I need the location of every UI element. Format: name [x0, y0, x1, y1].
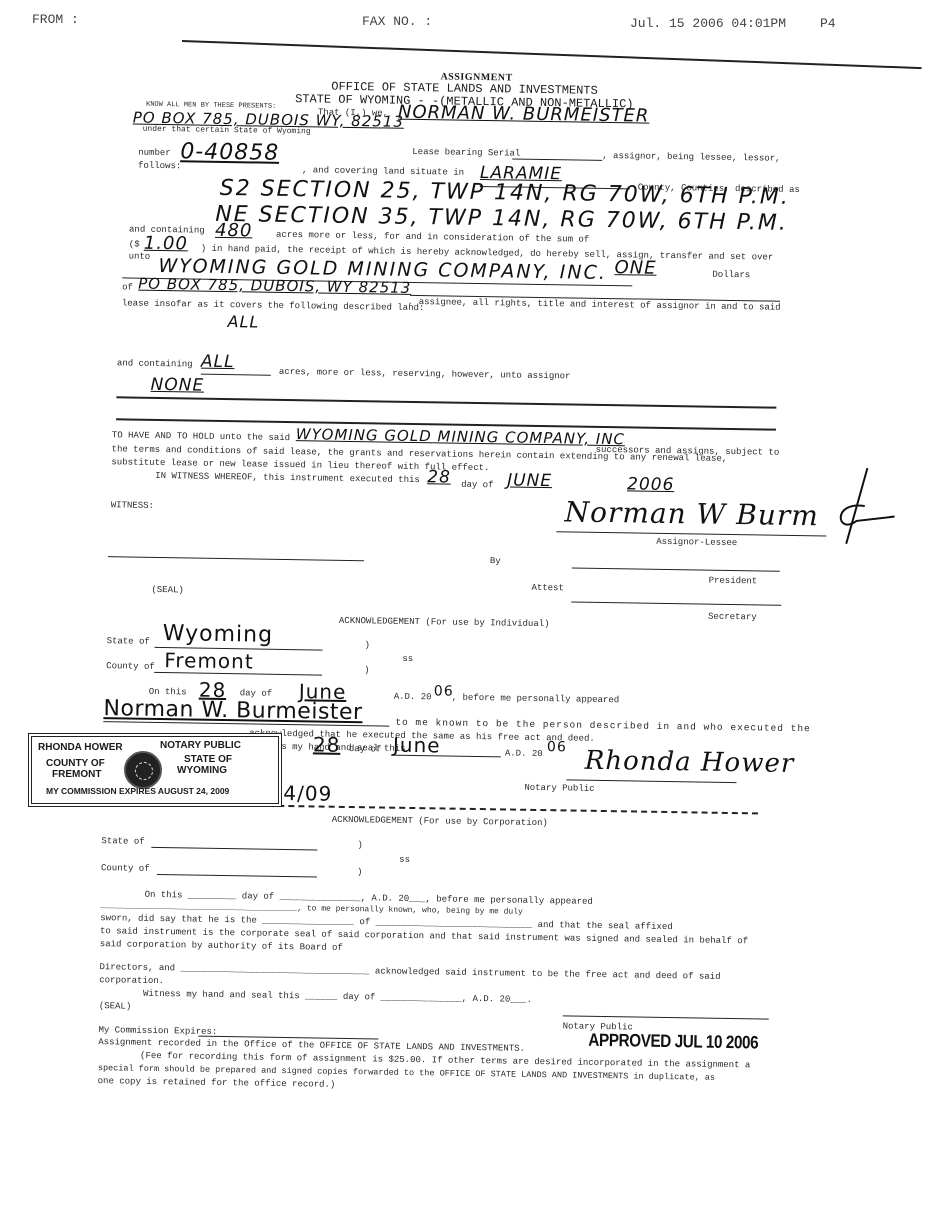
paren-2: ) — [364, 665, 370, 675]
document-page: ASSIGNMENT OFFICE OF STATE LANDS AND INV… — [0, 0, 935, 1208]
ack-ad-label: A.D. 20 — [394, 692, 432, 703]
secretary-signature-line — [571, 601, 781, 605]
unto-label: unto — [129, 251, 151, 261]
ack-county-label: County of — [106, 661, 155, 672]
serial-blank-line — [512, 158, 602, 160]
ack-state-value: Wyoming — [163, 621, 274, 648]
executed-month: JUNE — [507, 470, 552, 491]
ack-witness-ad: A.D. 20 — [505, 748, 543, 759]
approved-stamp: APPROVED JUL 10 2006 — [588, 1030, 758, 1054]
ack-witness-year: 06 — [547, 739, 567, 755]
state-seal-icon — [124, 751, 162, 789]
ack-corp-heading: ACKNOWLEDGEMENT (For use by Corporation) — [332, 815, 548, 828]
ack-divider-line — [248, 804, 758, 814]
assignor-signature-line — [556, 531, 826, 536]
ack-witness-day: 28 — [313, 732, 341, 756]
assignee-address: PO BOX 785, DUBOIS, WY 82513 — [138, 275, 411, 297]
assignor-lessee-label: Assignor-Lessee — [656, 537, 737, 548]
acres-value: 480 — [215, 220, 253, 242]
secretary-label: Secretary — [708, 612, 757, 623]
under-that-text: under that certain State of Wyoming — [143, 125, 311, 137]
ack-state-label: State of — [107, 636, 150, 647]
lease-bearing-text: Lease bearing Serial — [412, 147, 520, 159]
and-containing-label-2: and containing — [117, 358, 193, 369]
president-signature-line — [572, 567, 780, 571]
corp-board-line: said corporation by authority of its Boa… — [100, 939, 343, 953]
stamp-commission-expires: MY COMMISSION EXPIRES AUGUST 24, 2009 — [46, 786, 229, 796]
reserved-value: NONE — [150, 375, 204, 396]
ack-day-of: day of — [240, 688, 273, 699]
stamp-state-line-1: STATE OF — [184, 754, 232, 765]
corp-witness-line: Witness my hand and seal this ______ day… — [143, 989, 532, 1005]
stamp-state-line-2: WYOMING — [177, 765, 227, 776]
serial-number: 0-40858 — [180, 139, 279, 166]
lease-insofar-text: lease insofar as it covers the following… — [122, 298, 425, 313]
corp-state-line[interactable] — [151, 847, 317, 851]
notary-signature-line — [566, 779, 736, 783]
ack-ss: ss — [402, 654, 413, 664]
paren-3: ) — [357, 840, 363, 850]
paren-1: ) — [364, 640, 370, 650]
ack-county-value: Fremont — [164, 648, 254, 673]
stamp-county-line-1: COUNTY OF — [46, 758, 105, 769]
ack-witness-month: June — [393, 733, 441, 758]
notary-signature: Rhonda Hower — [585, 746, 795, 779]
dollars-label: Dollars — [712, 270, 750, 281]
assignor-signature: Norman W Burm — [564, 495, 819, 532]
ack-before-me: , before me personally appeared — [452, 693, 620, 706]
assignor-name: NORMAN W. BURMEISTER — [398, 102, 650, 127]
ack-county-line — [154, 672, 322, 676]
number-label: number — [138, 148, 171, 159]
executed-year: 2006 — [627, 474, 675, 495]
acres-suffix-text: acres more or less, for and in considera… — [276, 230, 589, 245]
acres-2-line — [201, 374, 271, 376]
of-label: of — [122, 282, 133, 292]
by-label: By — [490, 556, 501, 566]
habendum-name: WYOMING GOLD MINING COMPANY, INC — [296, 425, 625, 448]
president-label: President — [709, 576, 758, 587]
assignor-being-text: , assignor, being lessee, lessor, — [602, 151, 780, 164]
executed-day: 28 — [427, 467, 451, 487]
corp-directors-line: Directors, and _________________________… — [99, 962, 720, 982]
corp-county-label: County of — [101, 863, 150, 874]
follows-label: follows: — [138, 161, 181, 172]
corp-ss: ss — [399, 855, 410, 865]
fee-line-3: one copy is retained for the office reco… — [98, 1076, 336, 1090]
witness-whereof-text: IN WITNESS WHEREOF, this instrument exec… — [155, 471, 420, 485]
notary-stamp: RHONDA HOWER NOTARY PUBLIC COUNTY OF FRE… — [28, 733, 282, 807]
stamp-notary-title: NOTARY PUBLIC — [160, 740, 241, 751]
witness-signature-line — [108, 556, 364, 561]
reserving-clause-text: acres, more or less, reserving, however,… — [279, 367, 571, 382]
amount-value: 1.00 — [144, 233, 188, 255]
habendum-prefix: TO HAVE AND TO HOLD unto the said — [112, 430, 290, 443]
covering-land-text: , and covering land situate in — [302, 165, 464, 178]
signature-flourish-icon — [826, 465, 897, 546]
acres-value-2: ALL — [201, 352, 235, 373]
corp-corporation-line: corporation. — [99, 975, 164, 986]
paren-4: ) — [357, 867, 363, 877]
executed-day-of: day of — [461, 480, 494, 491]
ack-witness-day-of: day of — [349, 744, 382, 755]
attest-label: Attest — [531, 583, 564, 594]
stamp-notary-name: RHONDA HOWER — [38, 742, 123, 753]
ack-individual-heading: ACKNOWLEDGEMENT (For use by Individual) — [339, 616, 550, 629]
corp-state-label: State of — [101, 836, 144, 847]
seal-label: (SEAL) — [151, 585, 184, 596]
stamp-county-line-2: FREMONT — [52, 769, 101, 780]
notary-public-label: Notary Public — [524, 783, 594, 794]
reserve-line-1 — [116, 396, 776, 408]
ack-on-this: On this — [149, 687, 187, 698]
corp-seal-label: (SEAL) — [99, 1001, 132, 1012]
corp-notary-signature-line[interactable] — [563, 1015, 769, 1019]
witness-label: WITNESS: — [111, 500, 154, 511]
corp-county-line[interactable] — [157, 874, 317, 878]
described-land-value: ALL — [227, 312, 259, 331]
amount-prefix: ($ — [129, 239, 140, 249]
